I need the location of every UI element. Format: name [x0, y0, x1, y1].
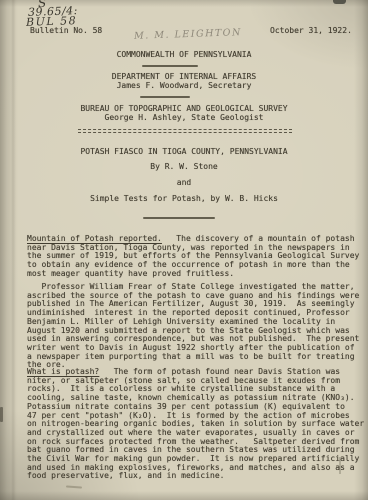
byline: By R. W. Stone	[20, 163, 348, 172]
bulletin-number: Bulletin No. 58	[30, 27, 102, 36]
double-dashed-rule	[78, 129, 292, 133]
scan-mark-right	[339, 457, 341, 474]
scanned-bulletin-page: S 39.65/4: BUL 58 Bulletin No. 58 M. M. …	[0, 0, 368, 500]
paragraph-text: The form of potash found near Davis Stat…	[27, 367, 364, 480]
paragraph-mountain-of-potash: Mountain of Potash reported. The discove…	[27, 235, 365, 279]
paragraph-what-is-potash: What is potash? The form of potash found…	[27, 368, 365, 481]
state-geologist-line: George H. Ashley, State Geologist	[20, 114, 348, 123]
scan-smudge-bottom	[66, 485, 82, 488]
subtitle-byline: Simple Tests for Potash, by W. B. Hicks	[20, 195, 348, 204]
divider-rule	[140, 96, 190, 98]
paragraph-heading: Mountain of Potash reported.	[27, 234, 162, 243]
byline-conjunction: and	[20, 179, 348, 188]
paragraph-professor-frear: Professor William Frear of State College…	[27, 283, 365, 370]
publication-date: October 31, 1922.	[270, 27, 352, 36]
owner-name-stamp: M. M. LEIGHTON	[134, 27, 242, 42]
secretary-line: James F. Woodward, Secretary	[20, 82, 348, 91]
commonwealth-line: COMMONWEALTH OF PENNSYLVANIA	[20, 51, 348, 60]
paragraph-heading: What is potash?	[27, 367, 99, 376]
report-title: POTASH FIASCO IN TIOGA COUNTY, PENNSYLVA…	[20, 148, 348, 157]
scan-mark-left-edge	[0, 407, 3, 422]
scan-smudge-top-right	[333, 0, 346, 4]
divider-rule	[142, 65, 198, 67]
paragraph-text: Professor William Frear of State College…	[27, 282, 359, 369]
divider-rule	[143, 217, 215, 219]
